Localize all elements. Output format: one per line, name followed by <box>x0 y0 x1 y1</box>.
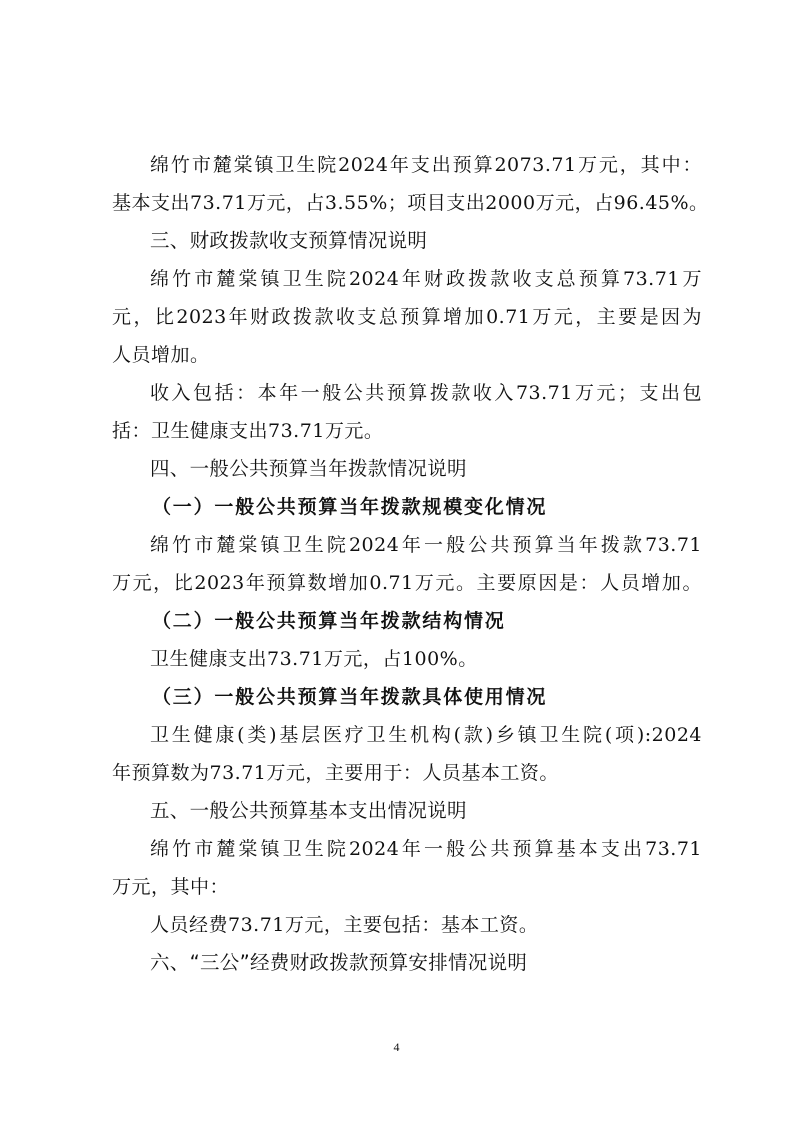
section-heading-5: 五、一般公共预算基本支出情况说明 <box>150 796 702 826</box>
body-text-line: 收入包括：本年一般公共预算拨款收入73.71万元；支出包 <box>150 378 702 408</box>
body-text-line: 万元，其中： <box>112 872 702 902</box>
body-text-line: 绵竹市麓棠镇卫生院2024年财政拨款收支总预算73.71万 <box>150 264 702 294</box>
body-text-line: 人员增加。 <box>112 340 702 370</box>
body-text-line: 卫生健康(类)基层医疗卫生机构(款)乡镇卫生院(项):2024 <box>150 720 702 750</box>
body-text-line: 卫生健康支出73.71万元，占100%。 <box>150 644 702 674</box>
body-text-line: 年预算数为73.71万元，主要用于：人员基本工资。 <box>112 758 702 788</box>
body-text-line: 绵竹市麓棠镇卫生院2024年一般公共预算当年拨款73.71 <box>150 530 702 560</box>
body-text-line: 元，比2023年财政拨款收支总预算增加0.71万元，主要是因为 <box>112 302 702 332</box>
section-heading-6: 六、“三公”经费财政拨款预算安排情况说明 <box>150 948 702 978</box>
subsection-heading-4-2: （二）一般公共预算当年拨款结构情况 <box>152 606 742 636</box>
section-heading-4: 四、一般公共预算当年拨款情况说明 <box>150 454 702 484</box>
body-text-line: 基本支出73.71万元，占3.55%；项目支出2000万元，占96.45%。 <box>112 188 702 218</box>
body-text-line: 括：卫生健康支出73.71万元。 <box>112 416 702 446</box>
body-text-line: 绵竹市麓棠镇卫生院2024年一般公共预算基本支出73.71 <box>150 834 702 864</box>
subsection-heading-4-1: （一）一般公共预算当年拨款规模变化情况 <box>152 492 742 522</box>
page-number: 4 <box>0 1040 793 1055</box>
subsection-heading-4-3: （三）一般公共预算当年拨款具体使用情况 <box>152 682 742 712</box>
body-text-line: 绵竹市麓棠镇卫生院2024年支出预算2073.71万元，其中： <box>150 150 702 180</box>
section-heading-3: 三、财政拨款收支预算情况说明 <box>150 226 702 256</box>
document-page: 绵竹市麓棠镇卫生院2024年支出预算2073.71万元，其中： 基本支出73.7… <box>0 0 793 1122</box>
body-text-line: 万元，比2023年预算数增加0.71万元。主要原因是：人员增加。 <box>112 568 702 598</box>
body-text-line: 人员经费73.71万元，主要包括：基本工资。 <box>150 910 702 940</box>
